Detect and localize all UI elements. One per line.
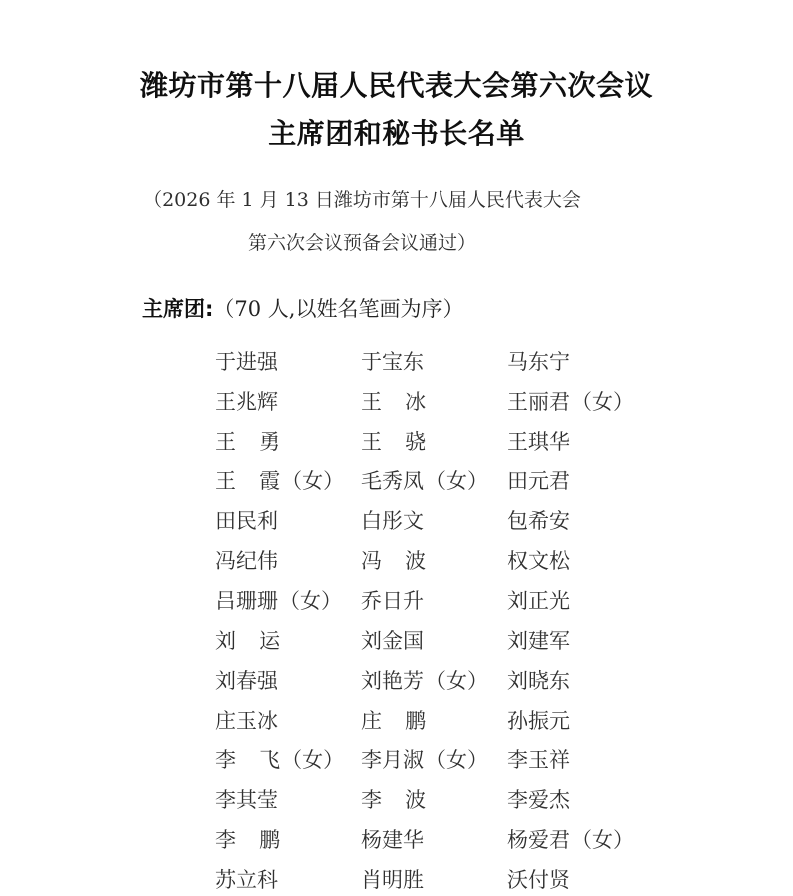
female-marker: （女） [425,469,488,493]
person-name-text: 王丽君 [507,386,570,416]
person-name-text: 庄玉冰 [215,705,278,735]
presidium-note: （70 人,以姓名笔画为序） [213,297,463,321]
person-name-text: 刘运 [215,625,280,655]
person-name-text: 李爱杰 [507,784,570,814]
person-name: 刘正光 [507,585,653,615]
person-name-text: 刘金国 [361,625,424,655]
female-marker: （女） [281,469,344,493]
person-name: 王琪华 [507,426,653,456]
person-name-text: 李飞 [215,744,280,774]
person-name: 李玉祥 [507,744,653,774]
name-row: 于进强于宝东马东宁 [215,341,653,381]
person-name: 李爱杰 [507,784,653,814]
section-heading: 主席团:（70 人,以姓名笔画为序） [142,293,463,323]
person-name-text: 白彤文 [361,505,424,535]
person-name-text: 毛秀凤 [361,465,424,495]
person-name-text: 冯纪伟 [215,545,278,575]
person-name: 于宝东 [361,346,507,376]
person-name-text: 孙振元 [507,705,570,735]
person-name-text: 李月淑 [361,744,424,774]
presidium-label: 主席团: [142,297,213,321]
person-name-text: 肖明胜 [361,864,424,894]
person-name-text: 包希安 [507,505,570,535]
person-name: 王丽君（女） [507,386,653,416]
female-marker: （女） [281,748,344,772]
name-row: 李鹏杨建华杨爱君（女） [215,819,653,859]
name-row: 李飞（女）李月淑（女）李玉祥 [215,739,653,779]
person-name-text: 苏立科 [215,864,278,894]
person-name-text: 王霞 [215,465,280,495]
person-name-text: 李玉祥 [507,744,570,774]
person-name: 冯波 [361,545,507,575]
name-row: 李其莹李波李爱杰 [215,779,653,819]
person-name: 刘金国 [361,625,507,655]
person-name-text: 李其莹 [215,784,278,814]
name-row: 田民利白彤文包希安 [215,500,653,540]
person-name: 田元君 [507,465,653,495]
name-row: 刘春强刘艳芳（女）刘晓东 [215,660,653,700]
person-name-text: 冯波 [361,545,426,575]
person-name: 刘艳芳（女） [361,665,507,695]
name-row: 刘运刘金国刘建军 [215,620,653,660]
person-name: 于进强 [215,346,361,376]
person-name: 田民利 [215,505,361,535]
person-name-text: 刘春强 [215,665,278,695]
person-name: 李鹏 [215,824,361,854]
person-name: 刘春强 [215,665,361,695]
female-marker: （女） [279,589,342,613]
person-name: 庄玉冰 [215,705,361,735]
person-name: 乔日升 [361,585,507,615]
person-name: 吕珊珊（女） [215,585,361,615]
document-page: 潍坊市第十八届人民代表大会第六次会议 主席团和秘书长名单 （2026 年 1 月… [0,0,793,896]
person-name: 包希安 [507,505,653,535]
female-marker: （女） [425,669,488,693]
person-name-text: 于进强 [215,346,278,376]
name-row: 庄玉冰庄鹏孙振元 [215,700,653,740]
person-name: 权文松 [507,545,653,575]
person-name: 冯纪伟 [215,545,361,575]
adoption-note: （2026 年 1 月 13 日潍坊市第十八届人民代表大会 第六次会议预备会议通… [0,179,724,265]
person-name: 毛秀凤（女） [361,465,507,495]
person-name-text: 于宝东 [361,346,424,376]
person-name: 杨爱君（女） [507,824,653,854]
female-marker: （女） [425,748,488,772]
person-name: 庄鹏 [361,705,507,735]
female-marker: （女） [571,390,634,414]
person-name: 白彤文 [361,505,507,535]
person-name: 孙振元 [507,705,653,735]
name-row: 王霞（女）毛秀凤（女）田元君 [215,461,653,501]
person-name: 杨建华 [361,824,507,854]
person-name-text: 吕珊珊 [215,585,278,615]
person-name-text: 刘晓东 [507,665,570,695]
person-name: 苏立科 [215,864,361,894]
person-name: 李其莹 [215,784,361,814]
name-row: 王兆辉王冰王丽君（女） [215,381,653,421]
person-name-text: 李波 [361,784,426,814]
person-name: 王霞（女） [215,465,361,495]
person-name-text: 王冰 [361,386,426,416]
person-name: 王勇 [215,426,361,456]
name-row: 冯纪伟冯波权文松 [215,540,653,580]
person-name: 王冰 [361,386,507,416]
person-name-text: 王骁 [361,426,426,456]
person-name: 李飞（女） [215,744,361,774]
person-name: 刘晓东 [507,665,653,695]
adoption-note-line-1: （2026 年 1 月 13 日潍坊市第十八届人民代表大会 [0,179,724,222]
person-name: 马东宁 [507,346,653,376]
person-name-text: 田民利 [215,505,278,535]
document-title: 潍坊市第十八届人民代表大会第六次会议 主席团和秘书长名单 [0,62,793,158]
person-name-text: 王琪华 [507,426,570,456]
person-name-text: 马东宁 [507,346,570,376]
name-row: 苏立科肖明胜沃付贤 [215,859,653,896]
person-name: 王兆辉 [215,386,361,416]
female-marker: （女） [571,828,634,852]
person-name: 王骁 [361,426,507,456]
person-name-text: 李鹏 [215,824,280,854]
person-name-text: 刘建军 [507,625,570,655]
person-name-text: 王勇 [215,426,280,456]
name-row: 王勇王骁王琪华 [215,421,653,461]
person-name: 肖明胜 [361,864,507,894]
person-name-text: 庄鹏 [361,705,426,735]
person-name: 刘建军 [507,625,653,655]
person-name-text: 刘正光 [507,585,570,615]
title-line-2: 主席团和秘书长名单 [0,110,793,158]
person-name-text: 王兆辉 [215,386,278,416]
person-name: 沃付贤 [507,864,653,894]
person-name-text: 沃付贤 [507,864,570,894]
person-name-text: 权文松 [507,545,570,575]
person-name-text: 田元君 [507,465,570,495]
person-name: 李波 [361,784,507,814]
person-name: 李月淑（女） [361,744,507,774]
person-name-text: 杨建华 [361,824,424,854]
person-name-text: 乔日升 [361,585,424,615]
person-name-text: 杨爱君 [507,824,570,854]
person-name-text: 刘艳芳 [361,665,424,695]
name-row: 吕珊珊（女）乔日升刘正光 [215,580,653,620]
presidium-name-list: 于进强于宝东马东宁王兆辉王冰王丽君（女）王勇王骁王琪华王霞（女）毛秀凤（女）田元… [215,341,653,896]
person-name: 刘运 [215,625,361,655]
adoption-note-line-2: 第六次会议预备会议通过） [0,222,724,265]
title-line-1: 潍坊市第十八届人民代表大会第六次会议 [0,62,793,110]
